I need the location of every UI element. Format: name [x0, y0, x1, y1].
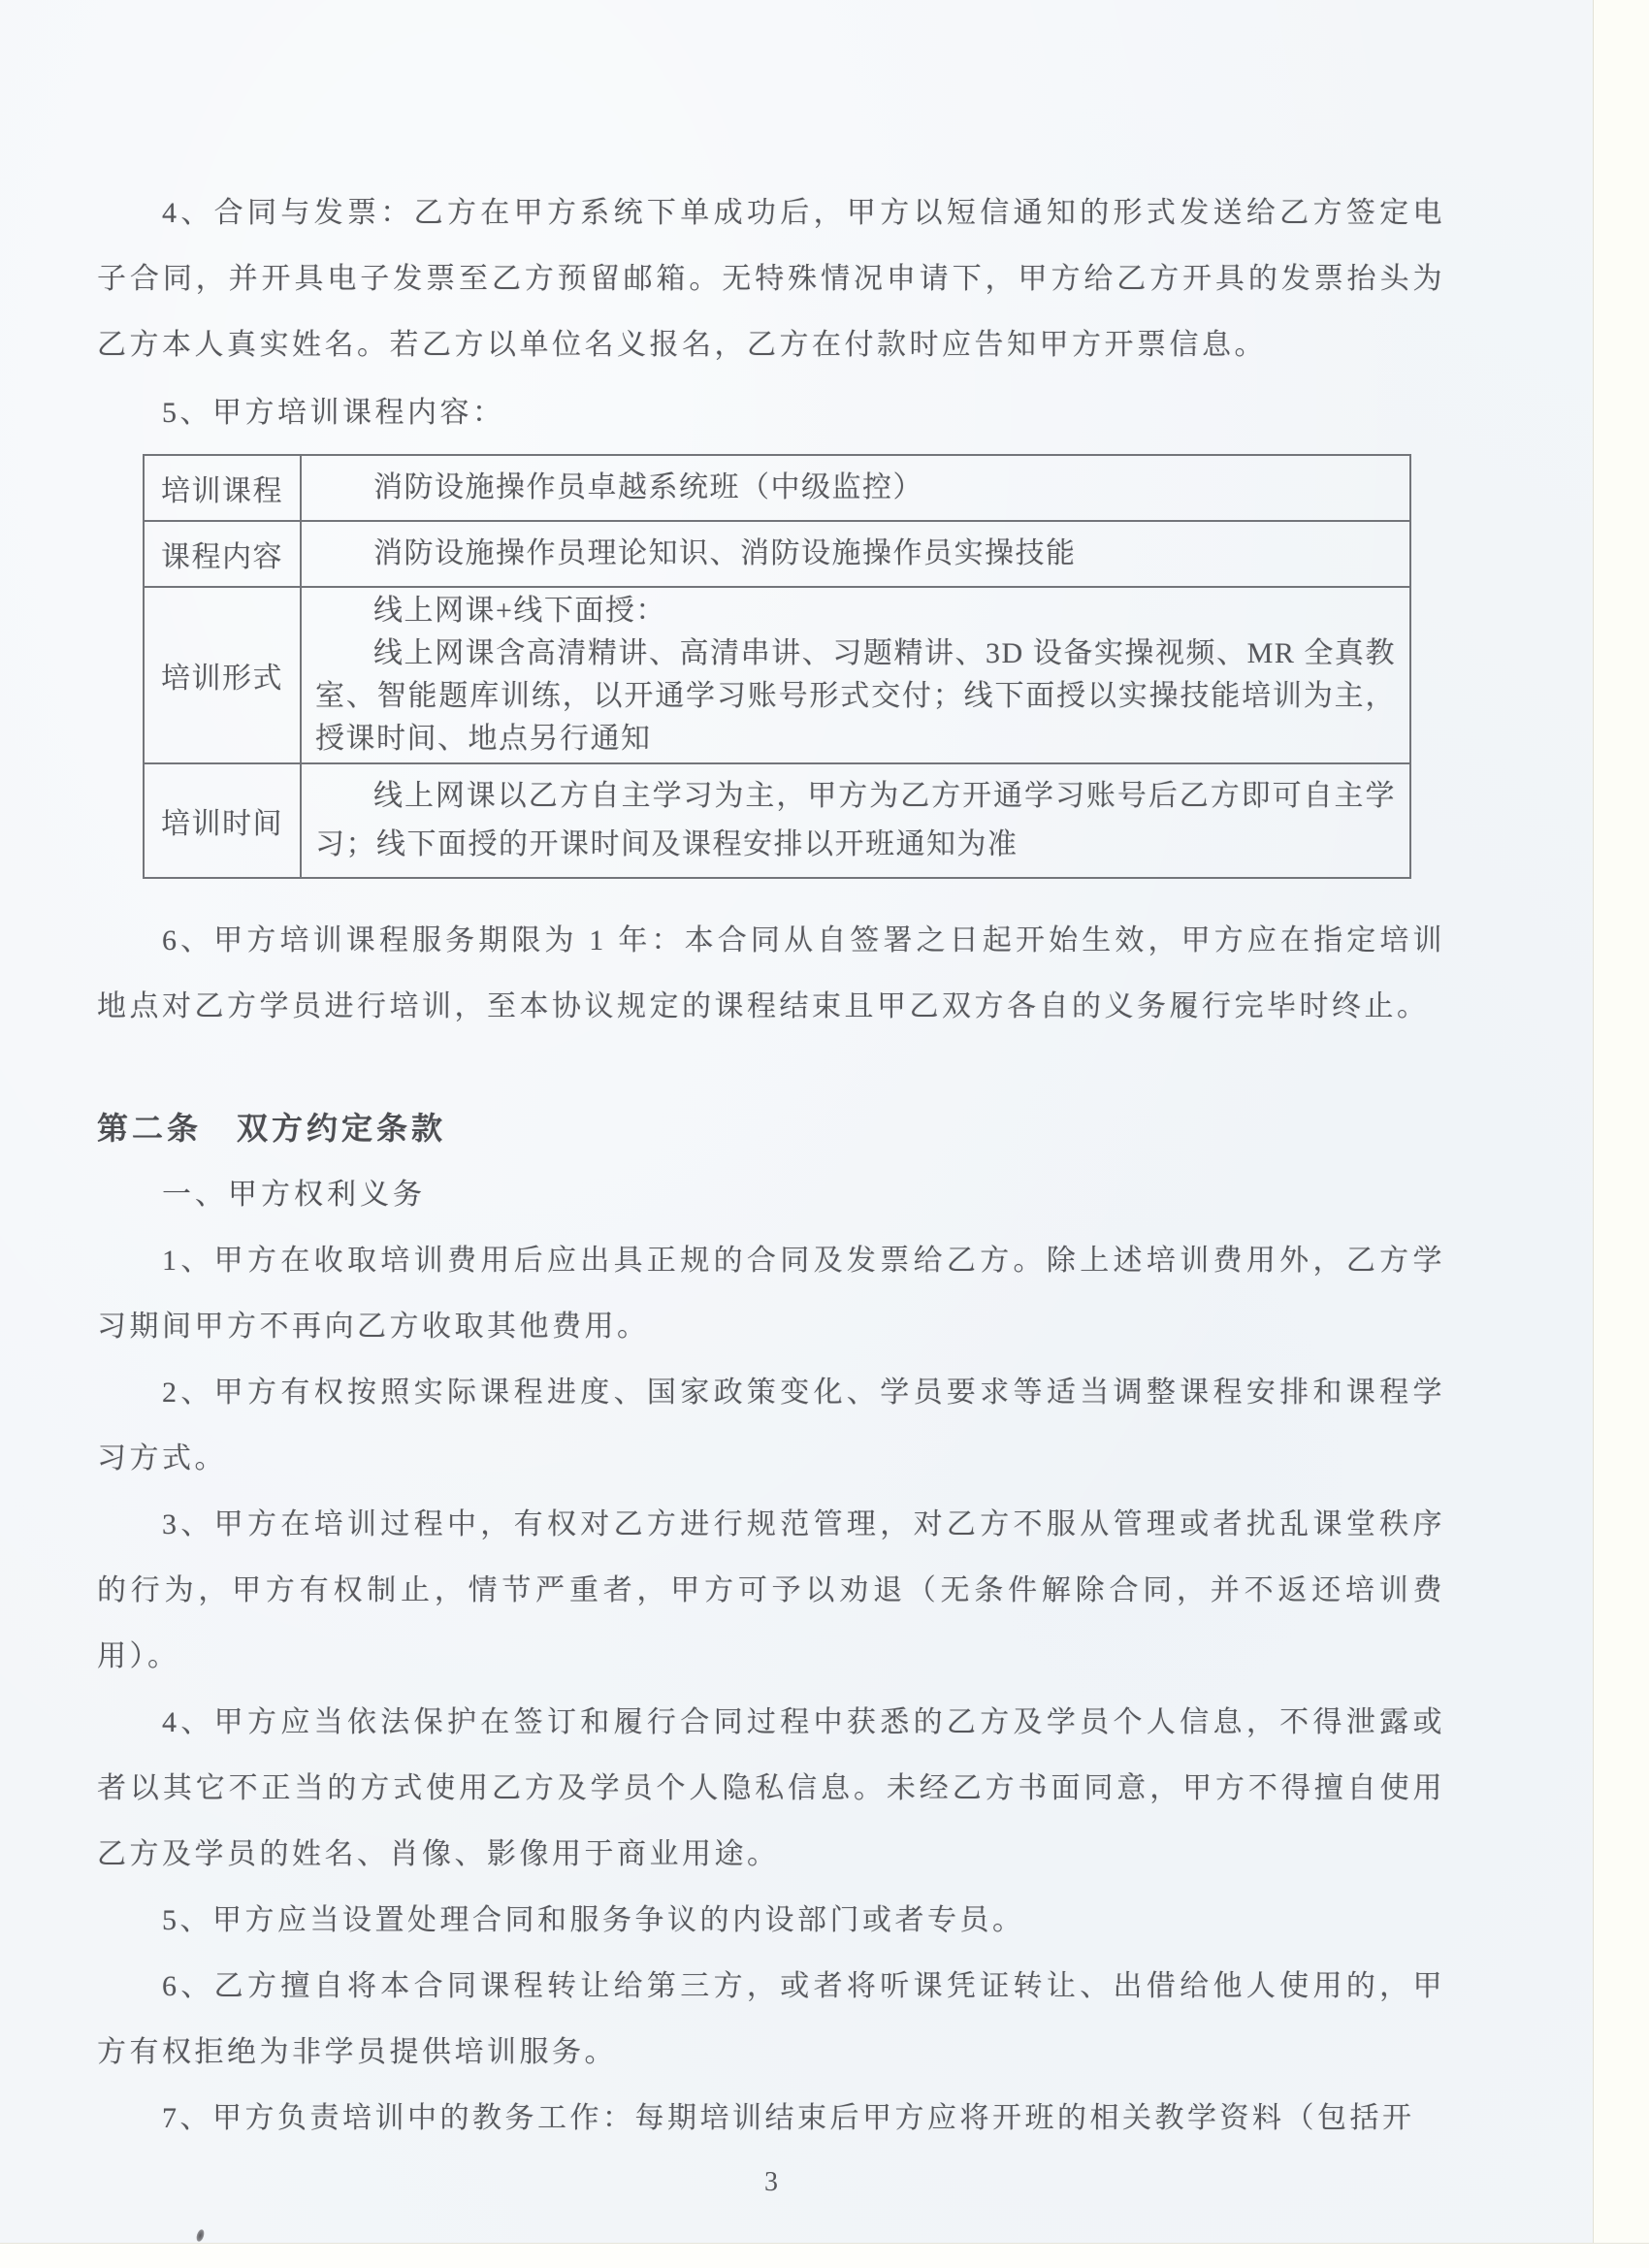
- page-content: 4、合同与发票：乙方在甲方系统下单成功后，甲方以短信通知的形式发送给乙方签定电子…: [97, 0, 1445, 2198]
- cell-line: 消防设施操作员卓越系统班（中级监控）: [315, 466, 1396, 510]
- table-row-training-format: 培训形式 线上网课+线下面授： 线上网课含高清精讲、高清串讲、习题精讲、3D 设…: [144, 587, 1410, 763]
- table-row-course-name: 培训课程 消防设施操作员卓越系统班（中级监控）: [144, 455, 1410, 521]
- obligation-item-5: 5、甲方应当设置处理合同和服务争议的内设部门或者专员。: [97, 1888, 1445, 1954]
- page-number: 3: [97, 2167, 1445, 2198]
- row-label-cell: 课程内容: [144, 521, 301, 587]
- row-label: 课程内容: [161, 541, 283, 573]
- obligation-item-7: 7、甲方负责培训中的教务工作：每期培训结束后甲方应将开班的相关教学资料（包括开: [97, 2086, 1445, 2152]
- section-2-heading: 第二条 双方约定条款: [97, 1094, 1445, 1162]
- clause-4-paragraph: 4、合同与发票：乙方在甲方系统下单成功后，甲方以短信通知的形式发送给乙方签定电子…: [97, 180, 1445, 378]
- clause-6-paragraph: 6、甲方培训课程服务期限为 1 年：本合同从自签署之日起开始生效，甲方应在指定培…: [97, 908, 1445, 1040]
- paper-bottom-edge: [0, 2243, 1649, 2268]
- course-table: 培训课程 消防设施操作员卓越系统班（中级监控） 课程内容 消防设施操作员理论知识…: [143, 454, 1411, 879]
- table-row-course-content: 课程内容 消防设施操作员理论知识、消防设施操作员实操技能: [144, 521, 1410, 587]
- obligation-item-4: 4、甲方应当依法保护在签订和履行合同过程中获悉的乙方及学员个人信息，不得泄露或者…: [97, 1690, 1445, 1888]
- row-label-cell: 培训课程: [144, 455, 301, 521]
- obligation-item-3: 3、甲方在培训过程中，有权对乙方进行规范管理，对乙方不服从管理或者扰乱课堂秩序的…: [97, 1492, 1445, 1690]
- clause-5-heading: 5、甲方培训课程内容：: [97, 380, 1445, 446]
- row-label: 培训形式: [161, 663, 283, 695]
- row-label-cell: 培训形式: [144, 587, 301, 763]
- cell-line: 消防设施操作员理论知识、消防设施操作员实操技能: [315, 532, 1396, 576]
- section-2-subheading: 一、甲方权利义务: [162, 1162, 1445, 1228]
- cell-line: 线上网课以乙方自主学习为主，甲方为乙方开通学习账号后乙方即可自主学习；线下面授的…: [315, 772, 1396, 869]
- row-value-cell: 线上网课以乙方自主学习为主，甲方为乙方开通学习账号后乙方即可自主学习；线下面授的…: [301, 763, 1410, 878]
- obligation-item-6: 6、乙方擅自将本合同课程转让给第三方，或者将听课凭证转让、出借给他人使用的，甲方…: [97, 1954, 1445, 2086]
- obligation-item-2: 2、甲方有权按照实际课程进度、国家政策变化、学员要求等适当调整课程安排和课程学习…: [97, 1360, 1445, 1492]
- row-label-cell: 培训时间: [144, 763, 301, 878]
- row-value-cell: 消防设施操作员卓越系统班（中级监控）: [301, 455, 1410, 521]
- obligation-item-1: 1、甲方在收取培训费用后应出具正规的合同及发票给乙方。除上述培训费用外，乙方学习…: [97, 1228, 1445, 1360]
- table-row-training-time: 培训时间 线上网课以乙方自主学习为主，甲方为乙方开通学习账号后乙方即可自主学习；…: [144, 763, 1410, 878]
- row-label: 培训时间: [161, 808, 283, 840]
- scanned-contract-page: 4、合同与发票：乙方在甲方系统下单成功后，甲方以短信通知的形式发送给乙方签定电子…: [0, 0, 1649, 2268]
- row-value-cell: 消防设施操作员理论知识、消防设施操作员实操技能: [301, 521, 1410, 587]
- row-label: 培训课程: [161, 475, 283, 507]
- row-value-cell: 线上网课+线下面授： 线上网课含高清精讲、高清串讲、习题精讲、3D 设备实操视频…: [301, 587, 1410, 763]
- cell-line: 线上网课含高清精讲、高清串讲、习题精讲、3D 设备实操视频、MR 全真教室、智能…: [315, 632, 1396, 761]
- paper-right-edge: [1593, 0, 1649, 2268]
- ink-speck: [195, 2228, 206, 2243]
- cell-line: 线上网课+线下面授：: [315, 590, 1396, 632]
